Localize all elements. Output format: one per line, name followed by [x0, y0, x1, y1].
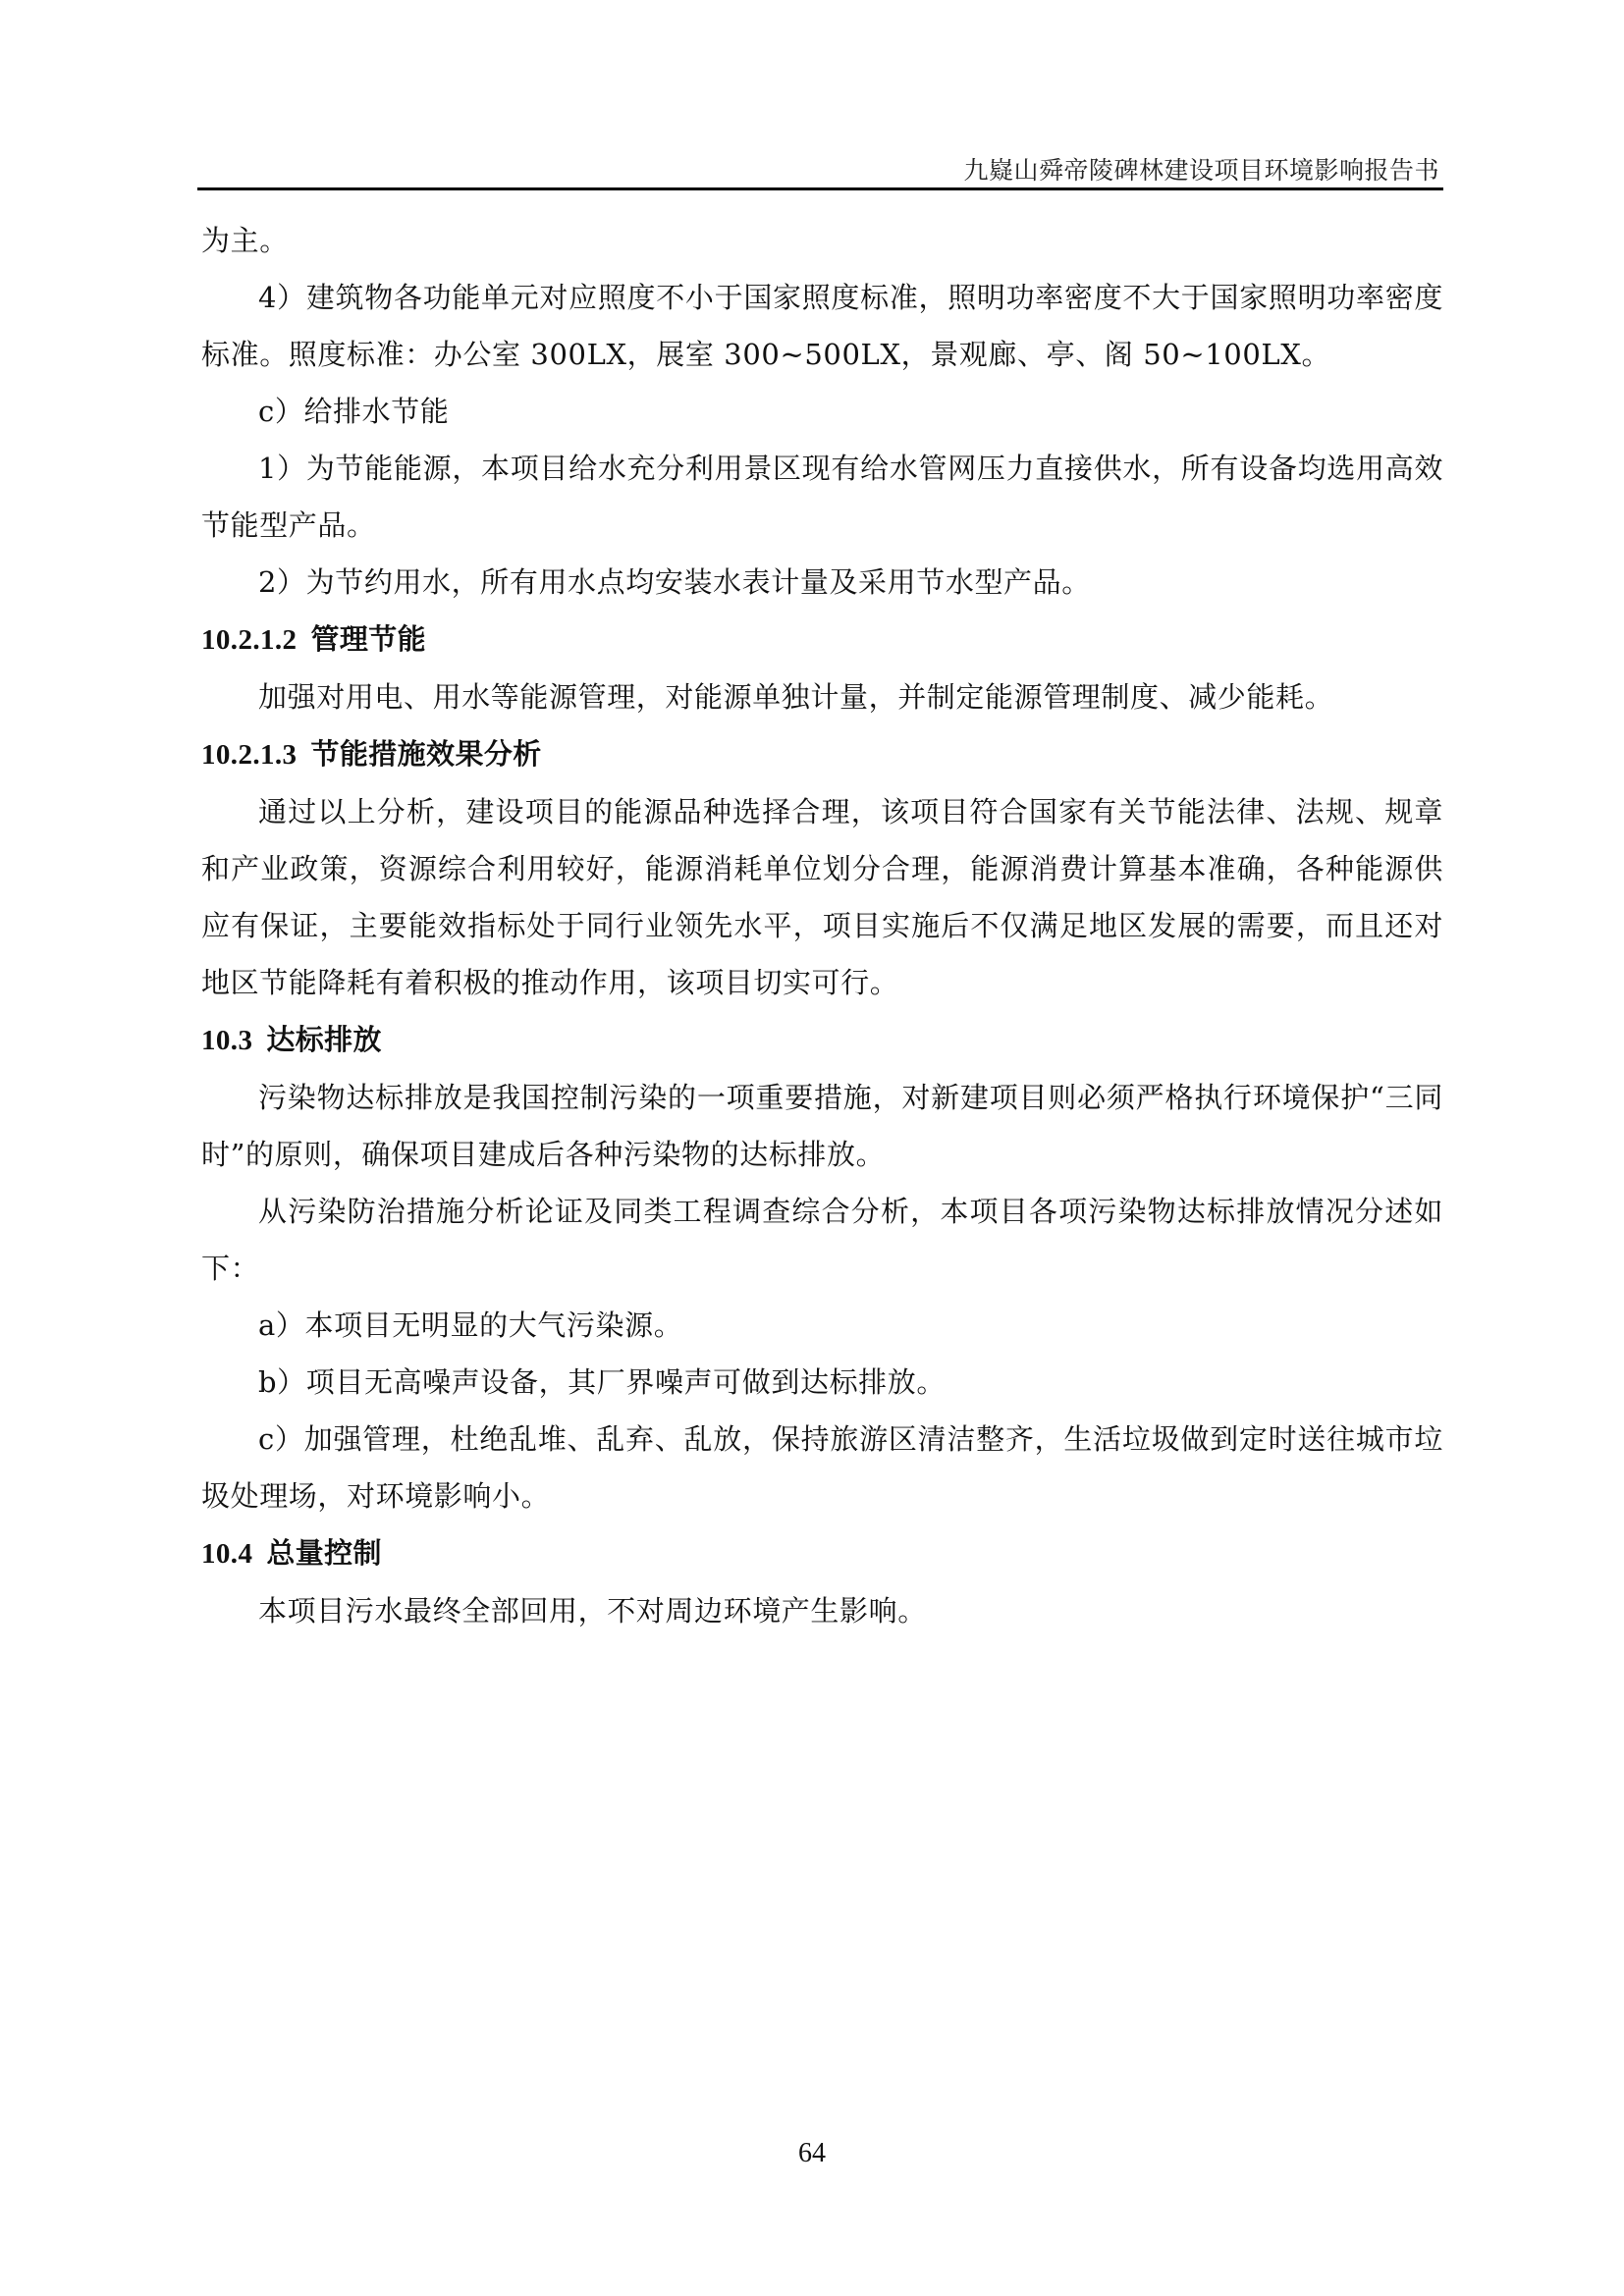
paragraph-analysis: 通过以上分析，建设项目的能源品种选择合理，该项目符合国家有关节能法律、法规、规章…: [201, 783, 1443, 1011]
paragraph-management: 加强对用电、用水等能源管理，对能源单独计量，并制定能源管理制度、减少能耗。: [201, 668, 1443, 725]
list-item-b: b）项目无高噪声设备，其厂界噪声可做到达标排放。: [201, 1354, 1443, 1411]
paragraph-water-supply: 1）为节能能源，本项目给水充分利用景区现有给水管网压力直接供水，所有设备均选用高…: [201, 440, 1443, 554]
page-number: 64: [0, 2138, 1624, 2169]
section-heading-10-3: 10.3达标排放: [201, 1011, 1443, 1069]
paragraph-continuation: 为主。: [201, 212, 1443, 269]
section-title: 总量控制: [266, 1536, 382, 1570]
list-item-a: a）本项目无明显的大气污染源。: [201, 1297, 1443, 1354]
body-content: 为主。 4）建筑物各功能单元对应照度不小于国家照度标准，照明功率密度不大于国家照…: [201, 212, 1443, 1639]
section-number: 10.4: [201, 1538, 252, 1570]
header-rule: [197, 187, 1443, 190]
section-number: 10.3: [201, 1025, 252, 1056]
paragraph-emission-intro: 污染物达标排放是我国控制污染的一项重要措施，对新建项目则必须严格执行环境保护“三…: [201, 1069, 1443, 1183]
page-header: 九嶷山舜帝陵碑林建设项目环境影响报告书: [197, 147, 1443, 191]
section-number: 10.2.1.2: [201, 624, 297, 656]
section-title: 达标排放: [266, 1023, 382, 1056]
section-number: 10.2.1.3: [201, 739, 297, 771]
section-heading-10-4: 10.4总量控制: [201, 1524, 1443, 1582]
list-item-c: c）加强管理，杜绝乱堆、乱弃、乱放，保持旅游区清洁整齐，生活垃圾做到定时送往城市…: [201, 1411, 1443, 1524]
section-title: 管理节能: [310, 622, 426, 656]
paragraph-water-metering: 2）为节约用水，所有用水点均安装水表计量及采用节水型产品。: [201, 554, 1443, 611]
subheading-water-saving: c）给排水节能: [201, 383, 1443, 440]
paragraph-emission-summary: 从污染防治措施分析论证及同类工程调查综合分析，本项目各项污染物达标排放情况分述如…: [201, 1183, 1443, 1297]
paragraph-total-control: 本项目污水最终全部回用，不对周边环境产生影响。: [201, 1582, 1443, 1639]
section-title: 节能措施效果分析: [310, 737, 541, 771]
section-heading-10-2-1-2: 10.2.1.2管理节能: [201, 611, 1443, 668]
section-heading-10-2-1-3: 10.2.1.3节能措施效果分析: [201, 725, 1443, 783]
paragraph-lighting-standard: 4）建筑物各功能单元对应照度不小于国家照度标准，照明功率密度不大于国家照明功率密…: [201, 269, 1443, 383]
document-title: 九嶷山舜帝陵碑林建设项目环境影响报告书: [963, 151, 1439, 187]
